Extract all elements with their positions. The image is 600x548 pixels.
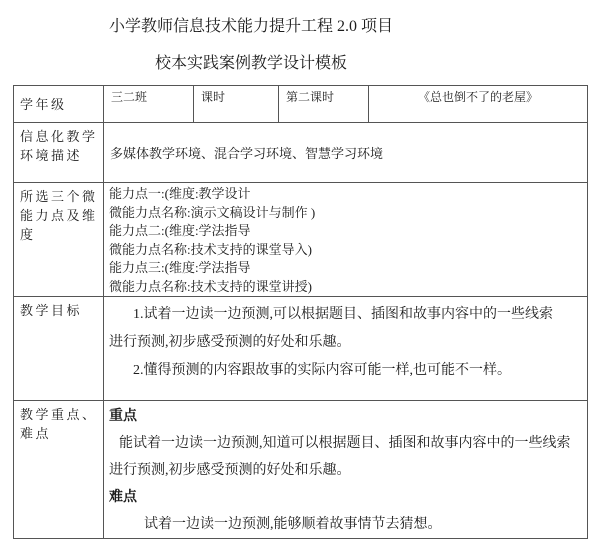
period-value-cell: 第二课时 [279, 86, 369, 123]
env-content-cell: 多媒体教学环境、混合学习环境、智慧学习环境 [104, 123, 588, 183]
table-row-environment: 信息化教学环境描述 多媒体教学环境、混合学习环境、智慧学习环境 [14, 123, 588, 183]
env-label-cell: 信息化教学环境描述 [14, 123, 104, 183]
ability-label-cell: 所选三个微能力点及维度 [14, 183, 104, 297]
page-subtitle: 校本实践案例教学设计模板 [13, 53, 489, 75]
table-row-abilities: 所选三个微能力点及维度 能力点一:(维度:教学设计 微能力点名称:演示文稿设计与… [14, 183, 588, 297]
objectives-label-cell: 教学目标 [14, 297, 104, 401]
ability-line: 微能力点名称:技术支持的课堂导入) [109, 241, 581, 260]
document-page: { "document": { "title": "小学教师信息技术能力提升工程… [0, 0, 600, 548]
table-row-keypoints: 教学重点、难点 重点 能试着一边读一边预测,知道可以根据题目、插图和故事内容中的… [14, 401, 588, 539]
ability-line: 能力点一:(维度:教学设计 [109, 185, 581, 204]
key-line: 能试着一边读一边预测,知道可以根据题目、插图和故事内容中的一些线索 [109, 430, 579, 457]
keypoints-content-cell: 重点 能试着一边读一边预测,知道可以根据题目、插图和故事内容中的一些线索 进行预… [104, 401, 588, 539]
objective-line: 1.试着一边读一边预测,可以根据题目、插图和故事内容中的一些线索 [109, 301, 579, 329]
period-label-cell: 课时 [194, 86, 279, 123]
objectives-content-cell: 1.试着一边读一边预测,可以根据题目、插图和故事内容中的一些线索 进行预测,初步… [104, 297, 588, 401]
objective-line: 进行预测,初步感受预测的好处和乐趣。 [109, 329, 579, 357]
table-row-objectives: 教学目标 1.试着一边读一边预测,可以根据题目、插图和故事内容中的一些线索 进行… [14, 297, 588, 401]
lesson-title-cell: 《总也倒不了的老屋》 [369, 86, 588, 123]
keypoints-label-cell: 教学重点、难点 [14, 401, 104, 539]
objective-line: 2.懂得预测的内容跟故事的实际内容可能一样,也可能不一样。 [109, 357, 579, 385]
ability-line: 能力点二:(维度:学法指导 [109, 222, 581, 241]
ability-content-cell: 能力点一:(维度:教学设计 微能力点名称:演示文稿设计与制作 ) 能力点二:(维… [104, 183, 588, 297]
key-heading: 重点 [109, 403, 579, 430]
ability-line: 能力点三:(维度:学法指导 [109, 259, 581, 278]
difficulty-line: 试着一边读一边预测,能够顺着故事情节去猜想。 [109, 511, 579, 538]
key-line: 进行预测,初步感受预测的好处和乐趣。 [109, 457, 579, 484]
table-row-header: 学年级 三二班 课时 第二课时 《总也倒不了的老屋》 [14, 86, 588, 123]
teaching-design-table: 学年级 三二班 课时 第二课时 《总也倒不了的老屋》 信息化教学环境描述 多媒体… [13, 85, 588, 539]
difficulty-heading: 难点 [109, 484, 579, 511]
ability-line: 微能力点名称:技术支持的课堂讲授) [109, 278, 581, 297]
page-title: 小学教师信息技术能力提升工程 2.0 项目 [13, 16, 489, 38]
grade-label-cell: 学年级 [14, 86, 104, 123]
ability-line: 微能力点名称:演示文稿设计与制作 ) [109, 204, 581, 223]
grade-value-cell: 三二班 [104, 86, 194, 123]
